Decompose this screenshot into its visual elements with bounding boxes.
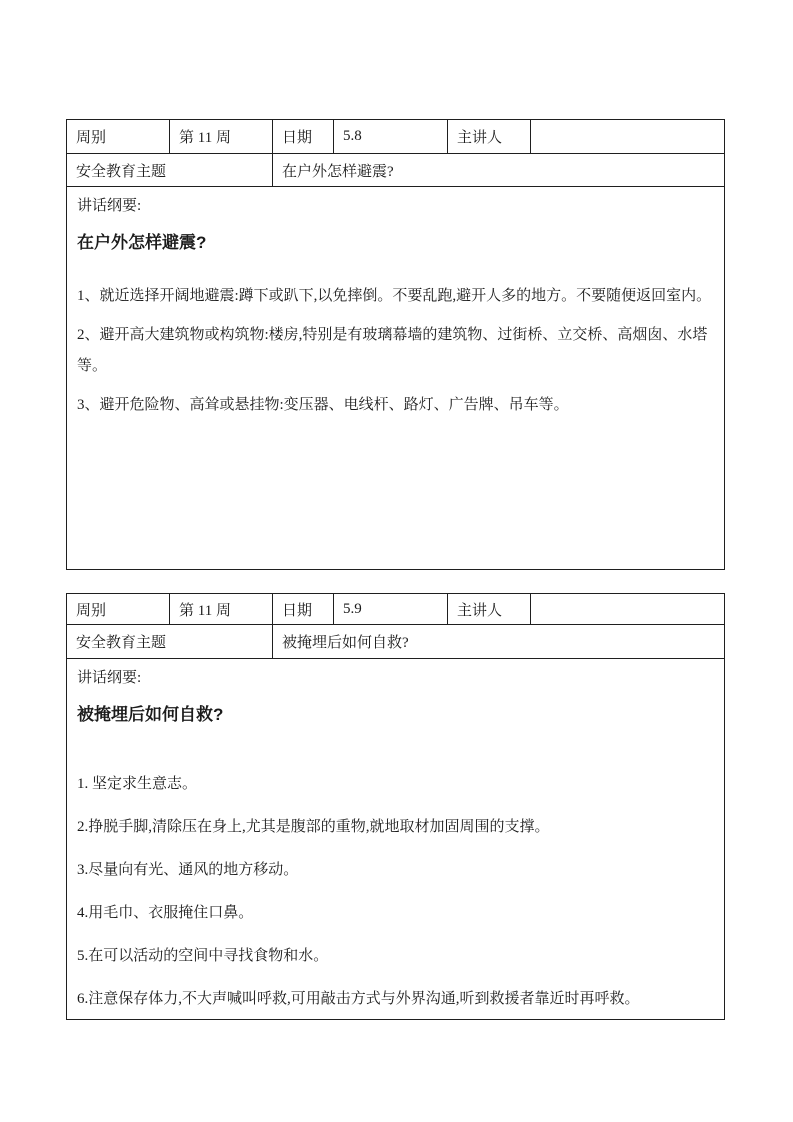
outline-item: 6.注意保存体力,不大声喊叫呼救,可用敲击方式与外界沟通,听到救援者靠近时再呼救… (77, 984, 714, 1015)
outline-label: 讲话纲要: (77, 196, 714, 216)
topic-row: 安全教育主题 在户外怎样避震? (67, 154, 724, 187)
topic-heading: 被掩埋后如何自救? (77, 703, 714, 727)
safety-education-record-2: 周别 第 11 周 日期 5.9 主讲人 安全教育主题 被掩埋后如何自救? 讲话… (66, 593, 725, 1020)
speaker-label-cell: 主讲人 (448, 120, 531, 153)
date-value-cell: 5.9 (334, 594, 448, 624)
topic-heading: 在户外怎样避震? (77, 231, 714, 255)
topic-row: 安全教育主题 被掩埋后如何自救? (67, 625, 724, 659)
outline-item: 2.挣脱手脚,清除压在身上,尤其是腹部的重物,就地取材加固周围的支撑。 (77, 812, 714, 843)
speaker-label-cell: 主讲人 (448, 594, 531, 624)
week-value-cell: 第 11 周 (170, 594, 273, 624)
topic-label-cell: 安全教育主题 (67, 625, 273, 658)
outline-item: 5.在可以活动的空间中寻找食物和水。 (77, 941, 714, 972)
topic-label-cell: 安全教育主题 (67, 154, 273, 186)
topic-value-cell: 在户外怎样避震? (273, 154, 724, 186)
week-label-cell: 周别 (67, 594, 170, 624)
speaker-value-cell (531, 594, 724, 624)
meta-row: 周别 第 11 周 日期 5.8 主讲人 (67, 120, 724, 154)
outline-body: 讲话纲要: 在户外怎样避震? 1、就近选择开阔地避震:蹲下或趴下,以免摔倒。不要… (67, 187, 724, 569)
outline-item: 4.用毛巾、衣服掩住口鼻。 (77, 898, 714, 929)
outline-body: 讲话纲要: 被掩埋后如何自救? 1. 坚定求生意志。 2.挣脱手脚,清除压在身上… (67, 659, 724, 1019)
outline-item: 2、避开高大建筑物或构筑物:楼房,特别是有玻璃幕墙的建筑物、过街桥、立交桥、高烟… (77, 320, 714, 382)
date-label-cell: 日期 (273, 120, 334, 153)
outline-item: 3.尽量向有光、通风的地方移动。 (77, 855, 714, 886)
safety-education-record-1: 周别 第 11 周 日期 5.8 主讲人 安全教育主题 在户外怎样避震? 讲话纲… (66, 119, 725, 570)
week-value-cell: 第 11 周 (170, 120, 273, 153)
document-page: 周别 第 11 周 日期 5.8 主讲人 安全教育主题 在户外怎样避震? 讲话纲… (0, 0, 793, 1122)
outline-item: 3、避开危险物、高耸或悬挂物:变压器、电线杆、路灯、广告牌、吊车等。 (77, 390, 714, 421)
speaker-value-cell (531, 120, 724, 153)
date-value-cell: 5.8 (334, 120, 448, 153)
topic-value-cell: 被掩埋后如何自救? (273, 625, 724, 658)
date-label-cell: 日期 (273, 594, 334, 624)
meta-row: 周别 第 11 周 日期 5.9 主讲人 (67, 594, 724, 625)
outline-item: 1. 坚定求生意志。 (77, 769, 714, 800)
outline-label: 讲话纲要: (77, 668, 714, 688)
week-label-cell: 周别 (67, 120, 170, 153)
outline-item: 1、就近选择开阔地避震:蹲下或趴下,以免摔倒。不要乱跑,避开人多的地方。不要随便… (77, 281, 714, 312)
